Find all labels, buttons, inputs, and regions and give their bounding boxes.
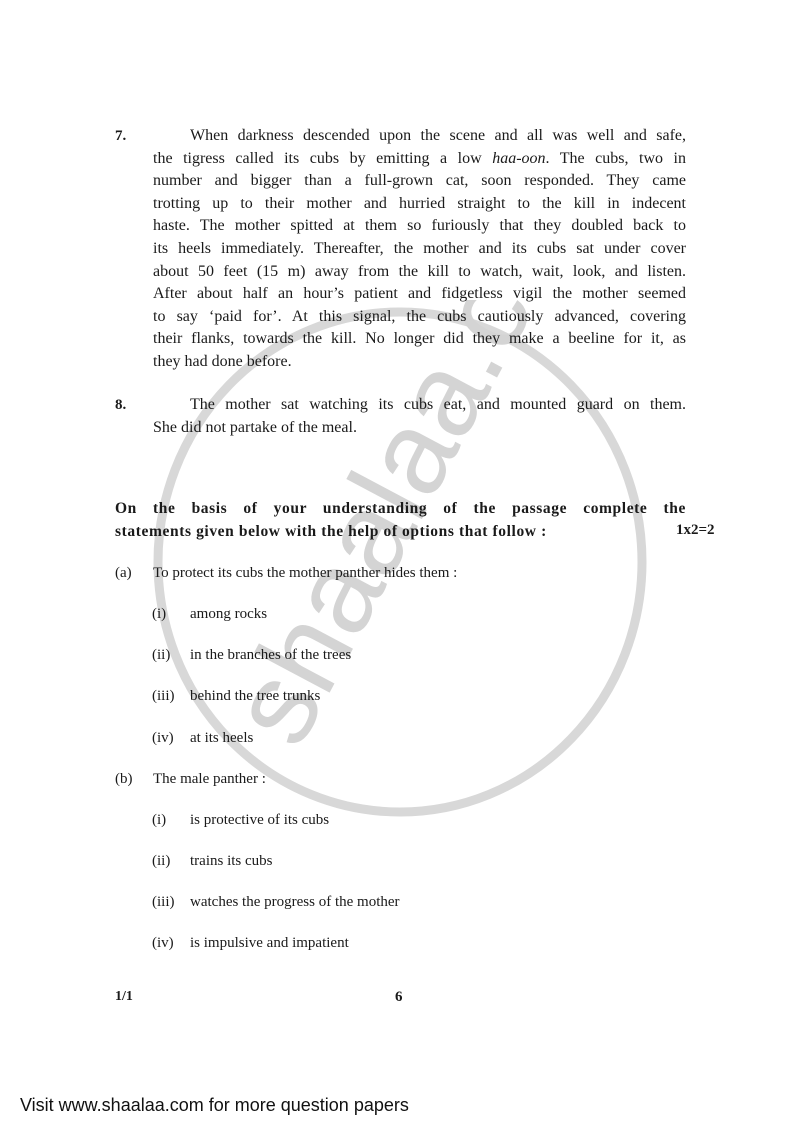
- paragraph-line: haste. The mother spitted at them so fur…: [153, 215, 686, 238]
- paragraph-line: to say ‘paid for’. At this signal, the c…: [153, 306, 686, 329]
- paragraph-line: they had done before.: [153, 351, 686, 374]
- paragraph-7: When darkness descended upon the scene a…: [153, 125, 686, 374]
- paragraph-line: When darkness descended upon the scene a…: [153, 125, 686, 148]
- option-b-iii: watches the progress of the mother: [190, 894, 400, 911]
- paragraph-line: trotting up to their mother and hurried …: [153, 193, 686, 216]
- option-a-i: among rocks: [190, 606, 267, 623]
- promo-banner-link[interactable]: Visit www.shaalaa.com for more question …: [20, 1095, 409, 1116]
- option-b-iv-label: (iv): [152, 935, 174, 952]
- option-a-iii: behind the tree trunks: [190, 688, 320, 705]
- option-b-i: is protective of its cubs: [190, 812, 329, 829]
- marks-allocation: 1x2=2: [676, 522, 715, 539]
- option-a-i-label: (i): [152, 606, 166, 623]
- question-instruction: On the basis of your understanding of th…: [115, 498, 686, 543]
- option-b-iii-label: (iii): [152, 894, 175, 911]
- option-b-i-label: (i): [152, 812, 166, 829]
- option-b-ii-label: (ii): [152, 853, 170, 870]
- paper-code: 1/1: [115, 989, 133, 1005]
- paragraph-number-7: 7.: [115, 128, 126, 145]
- paragraph-number-8: 8.: [115, 397, 126, 414]
- option-b-ii: trains its cubs: [190, 853, 273, 870]
- paragraph-line: She did not partake of the meal.: [153, 417, 686, 440]
- option-a-iv-label: (iv): [152, 730, 174, 747]
- option-a-iv: at its heels: [190, 730, 253, 747]
- paragraph-line: After about half an hour’s patient and f…: [153, 283, 686, 306]
- question-b-label: (b): [115, 771, 133, 788]
- question-a-label: (a): [115, 565, 132, 582]
- option-a-ii: in the branches of the trees: [190, 647, 351, 664]
- option-a-ii-label: (ii): [152, 647, 170, 664]
- page-number: 6: [395, 989, 403, 1006]
- paragraph-line: their flanks, towards the kill. No longe…: [153, 328, 686, 351]
- question-b-stem: The male panther :: [153, 771, 266, 788]
- paragraph-line: its heels immediately. Thereafter, the m…: [153, 238, 686, 261]
- paragraph-line: the tigress called its cubs by emitting …: [153, 148, 686, 171]
- option-b-iv: is impulsive and impatient: [190, 935, 349, 952]
- instruction-line-2: statements given below with the help of …: [115, 521, 686, 544]
- instruction-line-1: On the basis of your understanding of th…: [115, 498, 686, 521]
- exam-page: shaalaa.com 7. When darkness descended u…: [0, 0, 800, 1132]
- paragraph-line: number and bigger than a full-grown cat,…: [153, 170, 686, 193]
- paragraph-line: The mother sat watching its cubs eat, an…: [153, 394, 686, 417]
- question-a-stem: To protect its cubs the mother panther h…: [153, 565, 457, 582]
- paragraph-8: The mother sat watching its cubs eat, an…: [153, 394, 686, 439]
- paragraph-line: about 50 feet (15 m) away from the kill …: [153, 261, 686, 284]
- option-a-iii-label: (iii): [152, 688, 175, 705]
